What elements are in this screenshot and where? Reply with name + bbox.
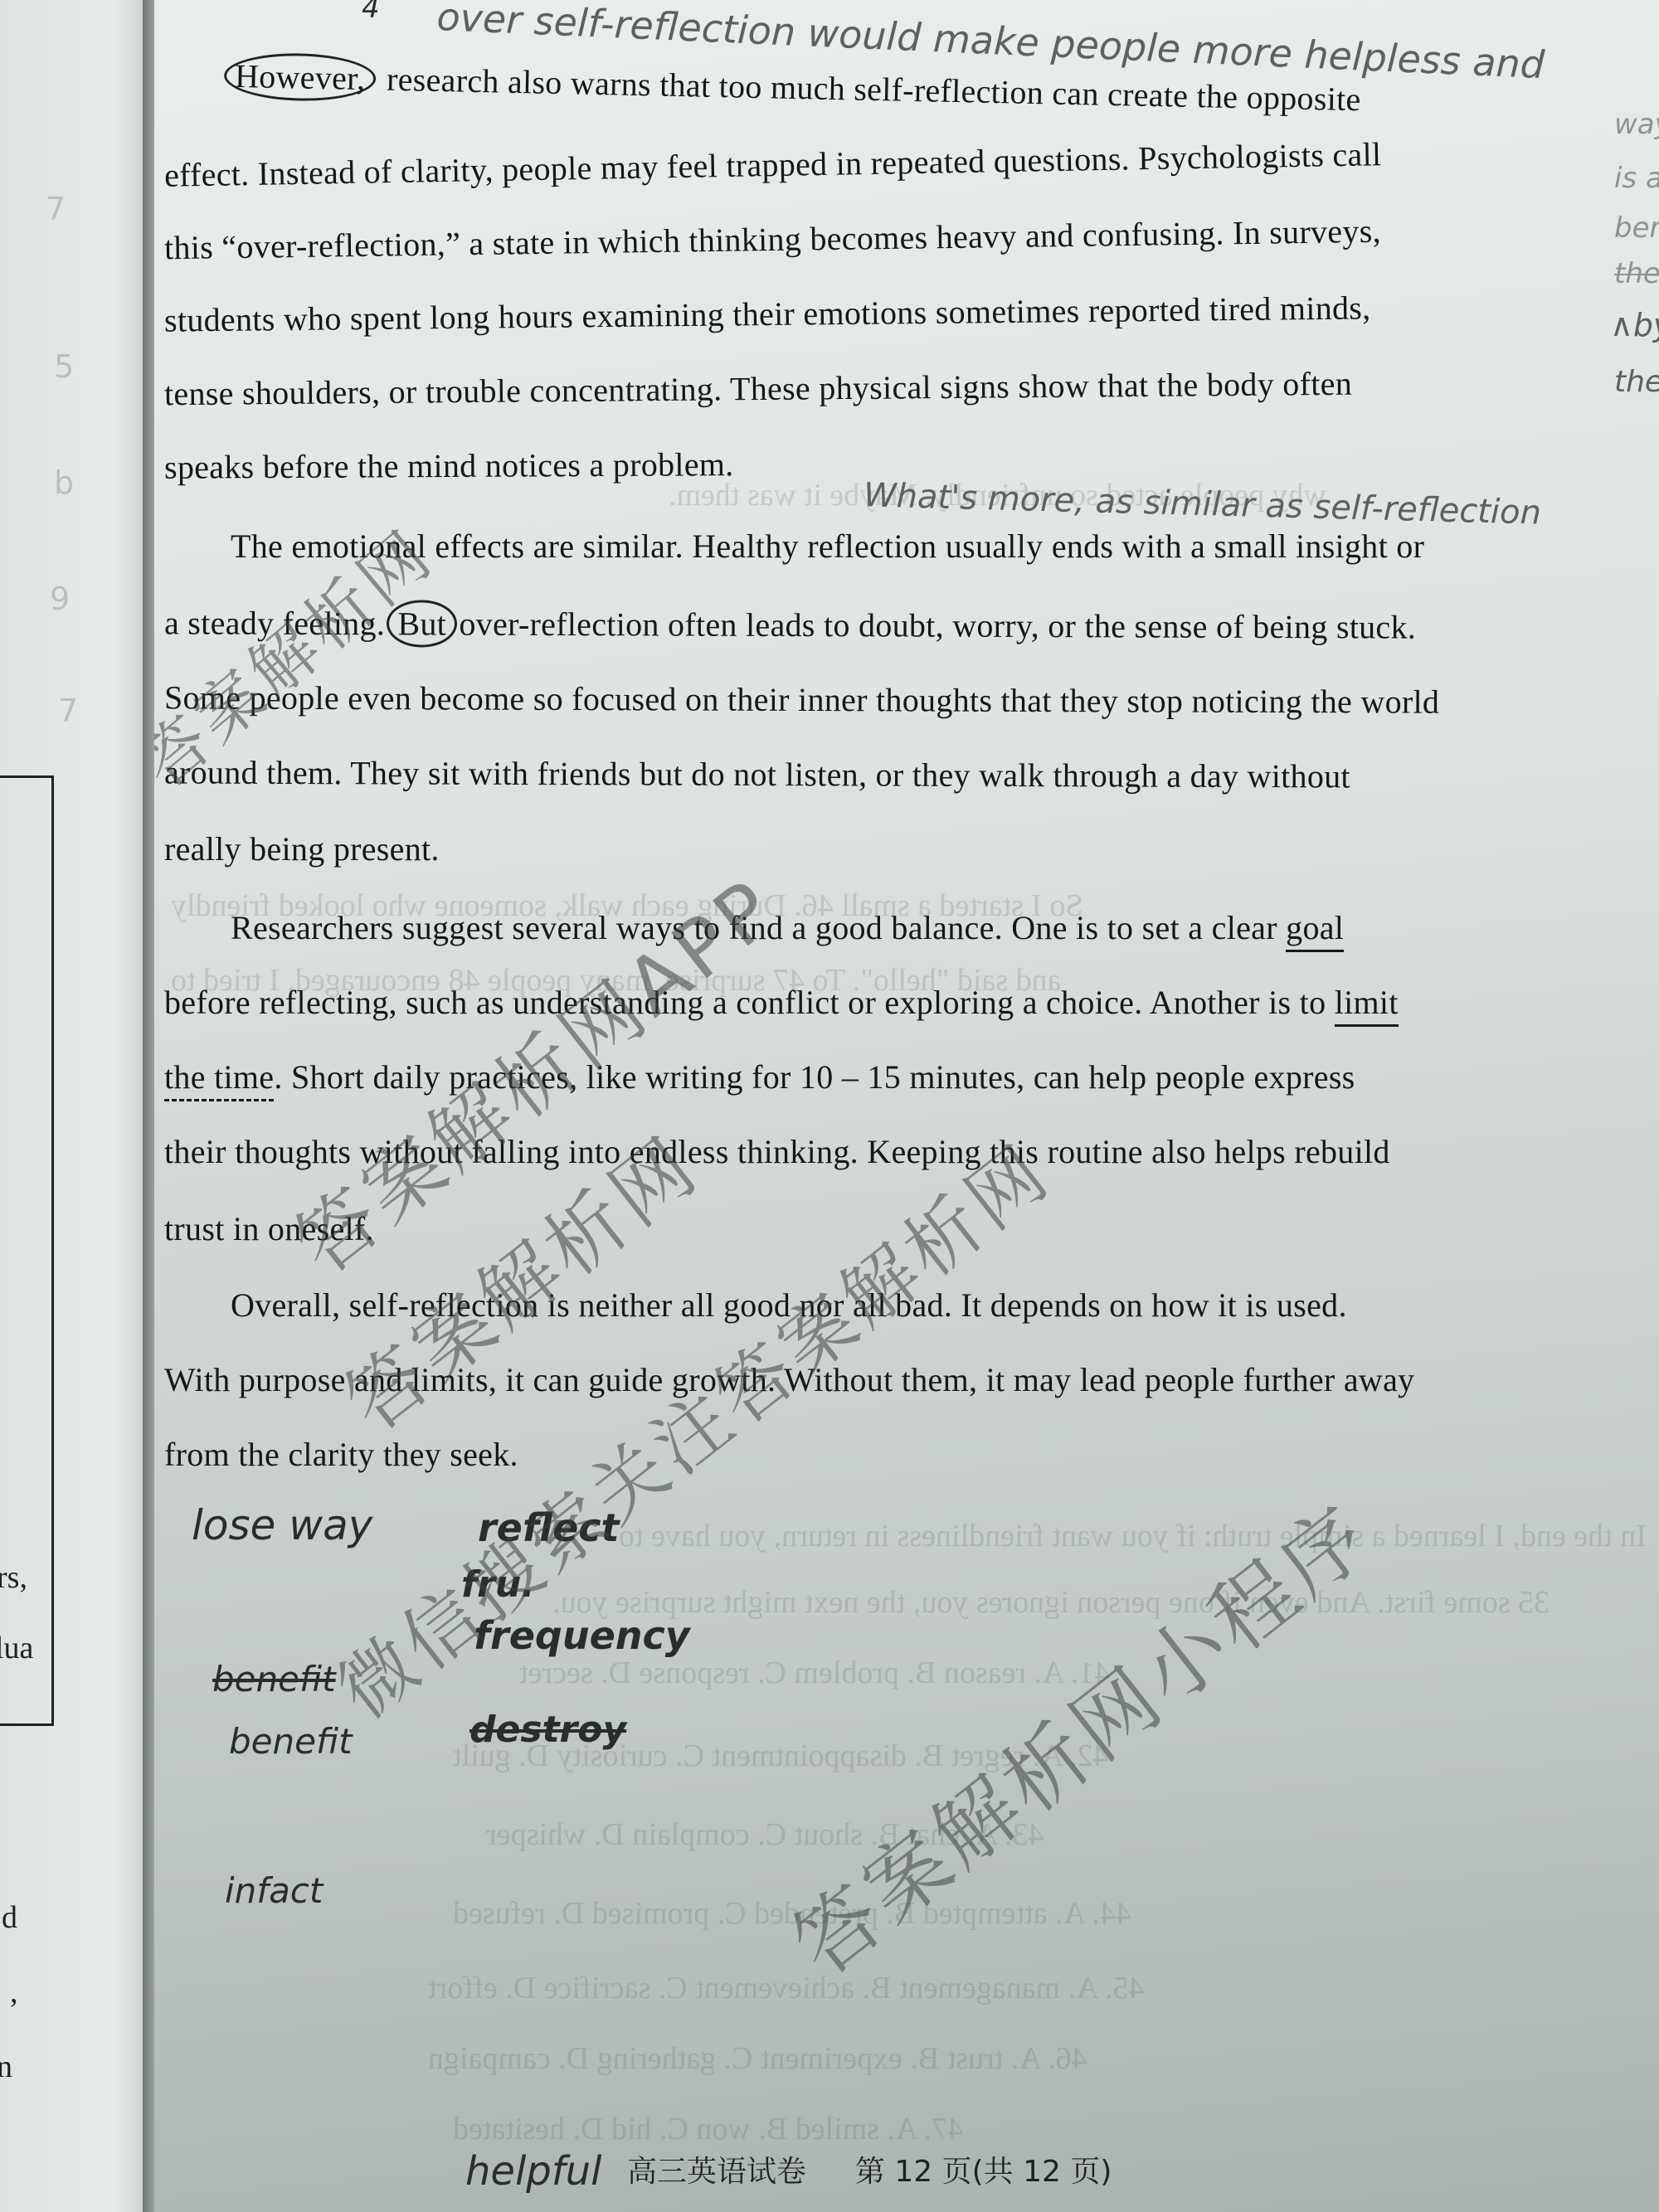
bleed-through-line: 45. A. management B. achievement C. sacr… — [428, 1970, 1145, 2006]
passage-line: speaks before the mind notices a problem… — [164, 445, 734, 487]
adjacent-page-fragment: d — [2, 1899, 17, 1936]
bleed-through-line: 41. A. reason B. problem C. response D. … — [519, 1655, 1110, 1691]
handwritten-margin-insert: ∧by — [1610, 307, 1659, 343]
bleed-through-line: 47. A. smiled B. won C. hid D. hesitated — [453, 2111, 963, 2147]
adjacent-page-handmark: 5 — [54, 348, 74, 385]
underlined-word-goal: goal — [1286, 909, 1344, 952]
adjacent-page-handmark: b — [54, 464, 74, 501]
adjacent-page-fragment: rs, — [0, 1559, 27, 1596]
circled-word-however: However, — [224, 52, 377, 103]
underlined-word-limit: limit — [1335, 984, 1399, 1027]
handwritten-note-benefit: benefit — [229, 1721, 353, 1762]
passage-line: around them. They sit with friends but d… — [164, 753, 1350, 796]
page-footer: 高三英语试卷 第 12 页(共 12 页) — [627, 2148, 1112, 2190]
handwritten-struck-destroy: destroy — [469, 1709, 626, 1751]
passage-line-text: before reflecting, such as understanding… — [164, 984, 1335, 1021]
passage-line: Some people even become so focused on th… — [164, 678, 1439, 721]
passage-line-text: over-reflection often leads to doubt, wo… — [450, 605, 1416, 646]
adjacent-page-handmark: 7 — [46, 191, 66, 227]
passage-line: from the clarity they seek. — [164, 1435, 518, 1474]
adjacent-page-fragment: n — [0, 2049, 12, 2085]
handwritten-margin-note: the — [1614, 365, 1659, 399]
handwritten-margin-note: is a — [1614, 162, 1659, 195]
bleed-through-line: 46. A. trust B. experiment C. gathering … — [428, 2040, 1087, 2077]
exam-page: why people acted so unfriendly. Maybe it… — [154, 0, 1659, 2212]
handwritten-note-helpful: helpful — [465, 2148, 601, 2195]
handwritten-margin-note: ben — [1614, 211, 1659, 245]
footer-exam-title: 高三英语试卷 — [627, 2155, 806, 2189]
page-gutter-shadow — [143, 0, 154, 2212]
adjacent-page-strip: rs, lua d , n 7 5 b 9 7 — [0, 0, 143, 2212]
passage-line: really being present. — [164, 829, 440, 868]
adjacent-page-fragment: , — [10, 1974, 18, 2010]
handwritten-margin-note: way — [1614, 108, 1659, 141]
footer-page-info: 第 12 页(共 12 页) — [855, 2155, 1112, 2189]
adjacent-page-handmark: 9 — [50, 581, 70, 617]
handwritten-note-lose-way: lose way — [192, 1501, 372, 1549]
handwritten-margin-note: the — [1614, 257, 1659, 290]
handwritten-note-infact: infact — [225, 1870, 323, 1911]
handwritten-number: 4 — [362, 0, 380, 25]
bleed-through-line: In the end, I learned a simple truth: if… — [619, 1518, 1647, 1554]
passage-line: before reflecting, such as understanding… — [164, 983, 1399, 1022]
handwritten-struck-benefit: benefit — [212, 1659, 336, 1699]
passage-line: the time. Short daily practices, like wr… — [164, 1057, 1355, 1096]
adjacent-page-handmark: 7 — [58, 693, 78, 729]
adjacent-page-fragment: lua — [0, 1630, 33, 1666]
bleed-through-line: 35 some first. And even if one person ig… — [552, 1584, 1550, 1621]
underlined-phrase-the-time: the time — [164, 1058, 274, 1101]
